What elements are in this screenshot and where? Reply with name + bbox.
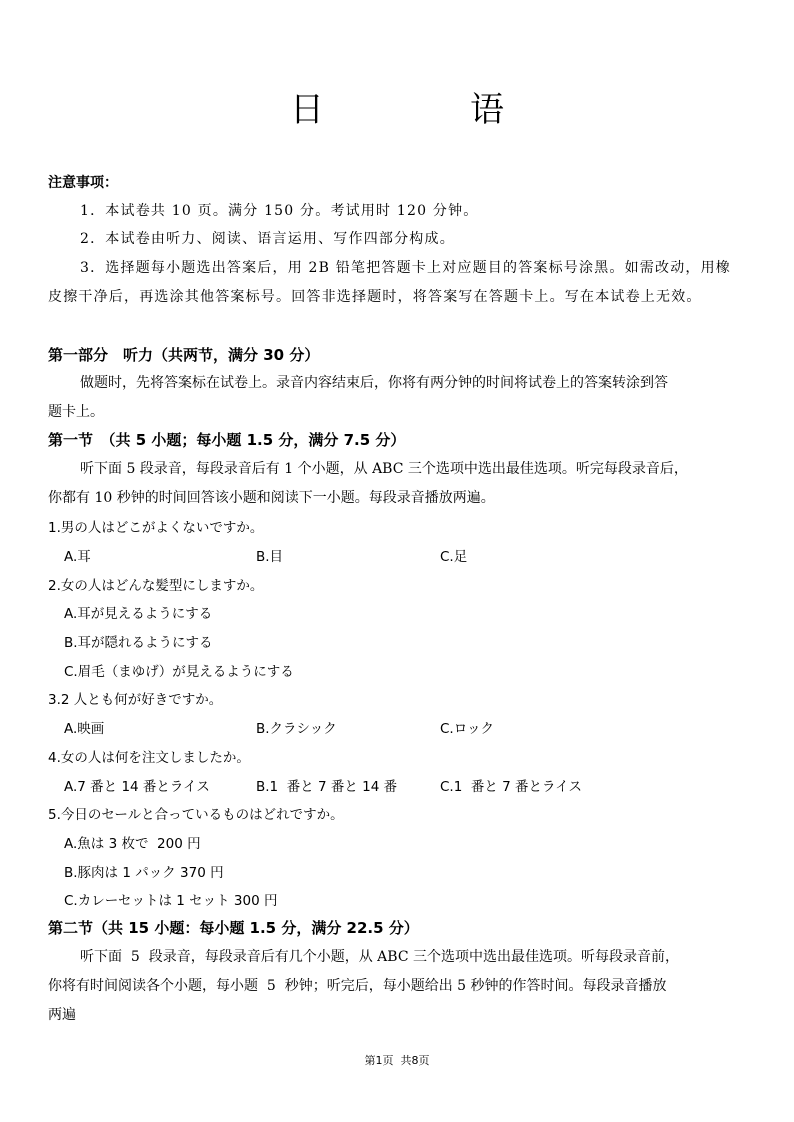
section1-instruction-1: 听下面 5 段录音，每段录音后有 1 个小题，从 ABC 三个选项中选出最佳选项…: [80, 458, 688, 478]
question-3-option-b: B.クラシック: [256, 717, 337, 737]
section1-heading: 第一节 （共 5 小题；每小题 1.5 分，满分 7.5 分）: [48, 429, 405, 450]
page-title: 日 语: [0, 82, 794, 131]
question-3: 3.2 人とも何が好きですか。: [48, 688, 222, 708]
question-3-option-c: C.ロック: [440, 717, 494, 737]
page-number-footer: 第1页 共8页: [0, 1052, 794, 1068]
part1-instruction-2: 题卡上。: [48, 401, 104, 421]
question-1-option-a: A.耳: [64, 545, 91, 565]
question-2-option-b: B.耳が隠れるようにする: [64, 631, 213, 651]
notice-item-1: 1．本试卷共 10 页。满分 150 分。考试用时 120 分钟。: [80, 200, 478, 220]
question-3-option-a: A.映画: [64, 717, 104, 737]
question-1-option-c: C.足: [440, 545, 467, 565]
question-1: 1.男の人はどこがよくないですか。: [48, 516, 263, 536]
section2-instruction-3: 两遍: [48, 1004, 76, 1024]
question-5: 5.今日のセールと合っているものはどれですか。: [48, 803, 344, 823]
section2-heading: 第二节（共 15 小题：每小题 1.5 分，满分 22.5 分）: [48, 917, 419, 938]
notice-item-2: 2．本试卷由听力、阅读、语言运用、写作四部分构成。: [80, 228, 455, 248]
question-4-option-a: A.7 番と 14 番とライス: [64, 775, 210, 795]
question-5-option-b: B.豚肉は 1 パック 370 円: [64, 861, 224, 881]
question-4-option-c: C.1 番と 7 番とライス: [440, 775, 582, 795]
question-5-option-a: A.魚は 3 枚で 200 円: [64, 832, 201, 852]
question-2-option-c: C.眉毛（まゆげ）が見えるようにする: [64, 660, 294, 680]
question-4: 4.女の人は何を注文しましたか。: [48, 746, 250, 766]
part1-heading: 第一部分 听力（共两节，满分 30 分）: [48, 344, 319, 365]
question-2: 2.女の人はどんな髪型にしますか。: [48, 574, 263, 594]
section2-instruction-2: 你将有时间阅读各个小题，每小题 5 秒钟；听完后，每小题给出 5 秒钟的作答时间…: [48, 975, 667, 995]
question-4-option-b: B.1 番と 7 番と 14 番: [256, 775, 397, 795]
section2-instruction-1: 听下面 5 段录音，每段录音后有几个小题，从 ABC 三个选项中选出最佳选项。听…: [80, 946, 679, 966]
notice-item-3-cont: 皮擦干净后，再选涂其他答案标号。回答非选择题时，将答案写在答题卡上。写在本试卷上…: [48, 286, 702, 306]
question-2-option-a: A.耳が見えるようにする: [64, 602, 212, 622]
part1-instruction-1: 做题时，先将答案标在试卷上。录音内容结束后，你将有两分钟的时间将试卷上的答案转涂…: [80, 372, 668, 392]
notice-heading: 注意事项：: [48, 172, 118, 192]
notice-item-3: 3．选择题每小题选出答案后，用 2B 铅笔把答题卡上对应题目的答案标号涂黑。如需…: [80, 257, 731, 277]
question-5-option-c: C.カレーセットは 1 セット 300 円: [64, 889, 277, 909]
question-1-option-b: B.目: [256, 545, 283, 565]
section1-instruction-2: 你都有 10 秒钟的时间回答该小题和阅读下一小题。每段录音播放两遍。: [48, 487, 495, 507]
